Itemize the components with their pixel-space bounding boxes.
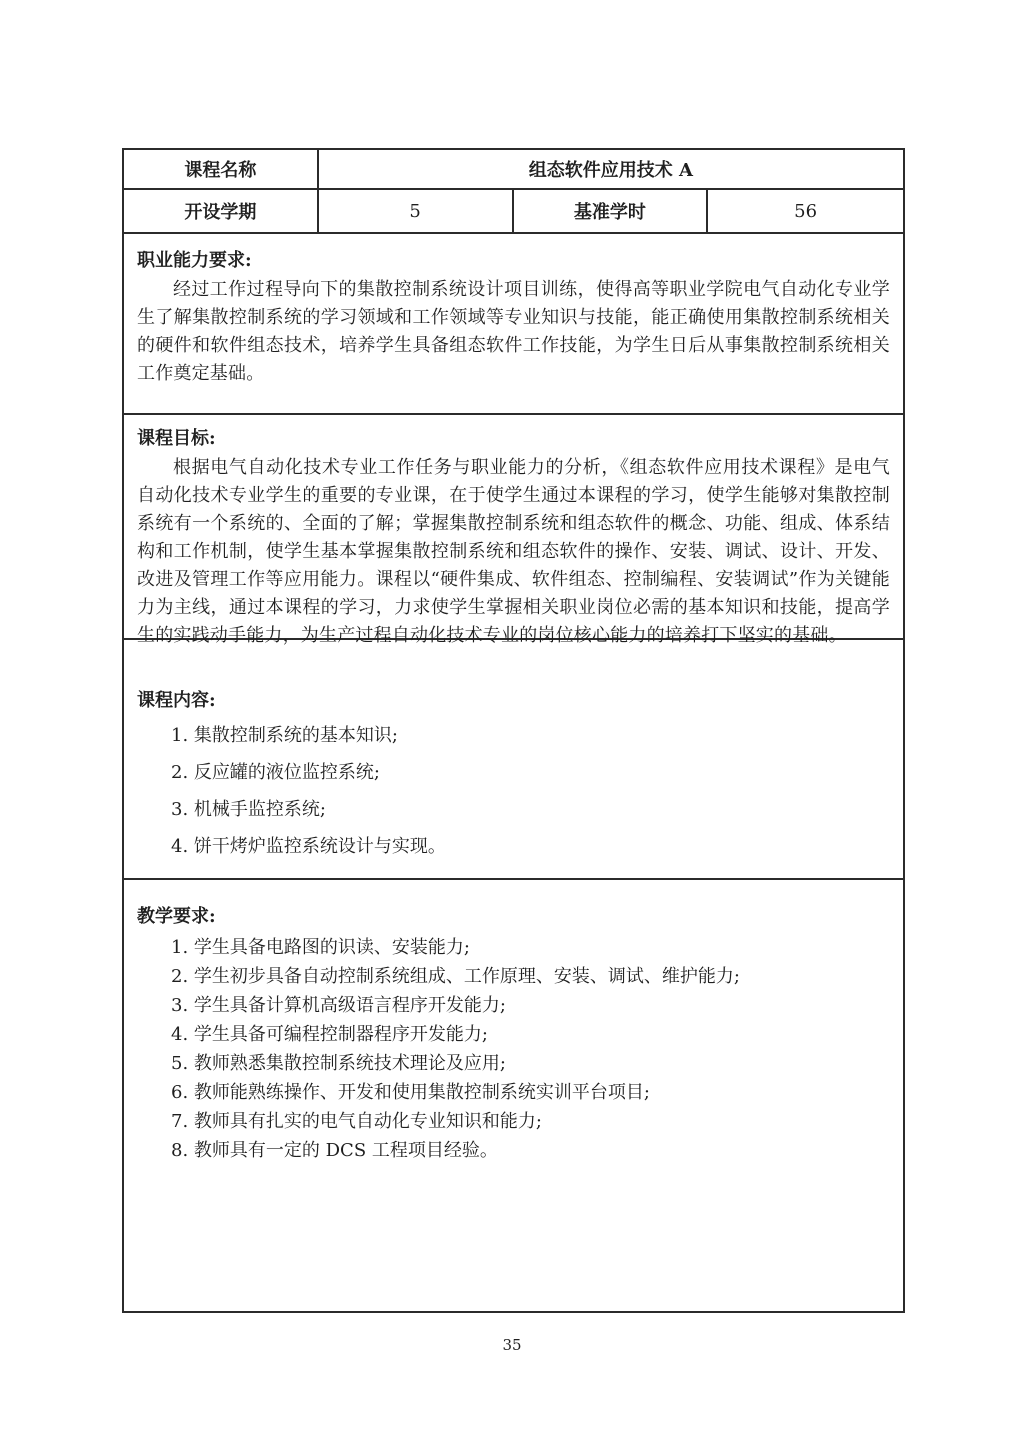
semester-label: 开设学期 xyxy=(124,190,319,232)
teaching-requirements-list: 1. 学生具备电路图的识读、安装能力; 2. 学生初步具备自动控制系统组成、工作… xyxy=(137,933,890,1165)
course-name-row: 课程名称 组态软件应用技术 A xyxy=(124,150,903,190)
base-hours-label: 基准学时 xyxy=(514,190,709,232)
course-syllabus-table: 课程名称 组态软件应用技术 A 开设学期 5 基准学时 56 职业能力要求: 经… xyxy=(122,148,905,1313)
list-item: 4. 饼干烤炉监控系统设计与实现。 xyxy=(171,828,890,865)
list-item: 2. 学生初步具备自动控制系统组成、工作原理、安装、调试、维护能力; xyxy=(171,962,890,991)
list-item: 1. 学生具备电路图的识读、安装能力; xyxy=(171,933,890,962)
document-page: 课程名称 组态软件应用技术 A 开设学期 5 基准学时 56 职业能力要求: 经… xyxy=(0,0,1024,1448)
list-item: 4. 学生具备可编程控制器程序开发能力; xyxy=(171,1020,890,1049)
course-objectives-paragraph: 根据电气自动化技术专业工作任务与职业能力的分析，《组态软件应用技术课程》是电气自… xyxy=(137,454,890,650)
course-content-list: 1. 集散控制系统的基本知识; 2. 反应罐的液位监控系统; 3. 机械手监控系… xyxy=(137,717,890,865)
list-item: 7. 教师具有扎实的电气自动化专业知识和能力; xyxy=(171,1107,890,1136)
semester-hours-row: 开设学期 5 基准学时 56 xyxy=(124,190,903,234)
list-item: 8. 教师具有一定的 DCS 工程项目经验。 xyxy=(171,1136,890,1165)
course-objectives-heading: 课程目标: xyxy=(137,426,890,452)
course-objectives-section: 课程目标: 根据电气自动化技术专业工作任务与职业能力的分析，《组态软件应用技术课… xyxy=(124,415,903,640)
course-content-section: 课程内容: 1. 集散控制系统的基本知识; 2. 反应罐的液位监控系统; 3. … xyxy=(124,640,903,880)
vocational-ability-section: 职业能力要求: 经过工作过程导向下的集散控制系统设计项目训练，使得高等职业学院电… xyxy=(124,234,903,415)
base-hours-value: 56 xyxy=(708,190,903,232)
list-item: 2. 反应罐的液位监控系统; xyxy=(171,754,890,791)
course-content-heading: 课程内容: xyxy=(137,688,890,714)
list-item: 3. 机械手监控系统; xyxy=(171,791,890,828)
list-item: 1. 集散控制系统的基本知识; xyxy=(171,717,890,754)
teaching-requirements-heading: 教学要求: xyxy=(137,904,890,930)
course-name-value: 组态软件应用技术 A xyxy=(319,150,903,188)
list-item: 3. 学生具备计算机高级语言程序开发能力; xyxy=(171,991,890,1020)
teaching-requirements-section: 教学要求: 1. 学生具备电路图的识读、安装能力; 2. 学生初步具备自动控制系… xyxy=(124,880,903,1311)
semester-value: 5 xyxy=(319,190,514,232)
list-item: 6. 教师能熟练操作、开发和使用集散控制系统实训平台项目; xyxy=(171,1078,890,1107)
page-number: 35 xyxy=(0,1336,1024,1354)
course-name-label: 课程名称 xyxy=(124,150,319,188)
vocational-ability-paragraph: 经过工作过程导向下的集散控制系统设计项目训练，使得高等职业学院电气自动化专业学生… xyxy=(137,276,890,388)
vocational-ability-heading: 职业能力要求: xyxy=(137,248,890,274)
list-item: 5. 教师熟悉集散控制系统技术理论及应用; xyxy=(171,1049,890,1078)
